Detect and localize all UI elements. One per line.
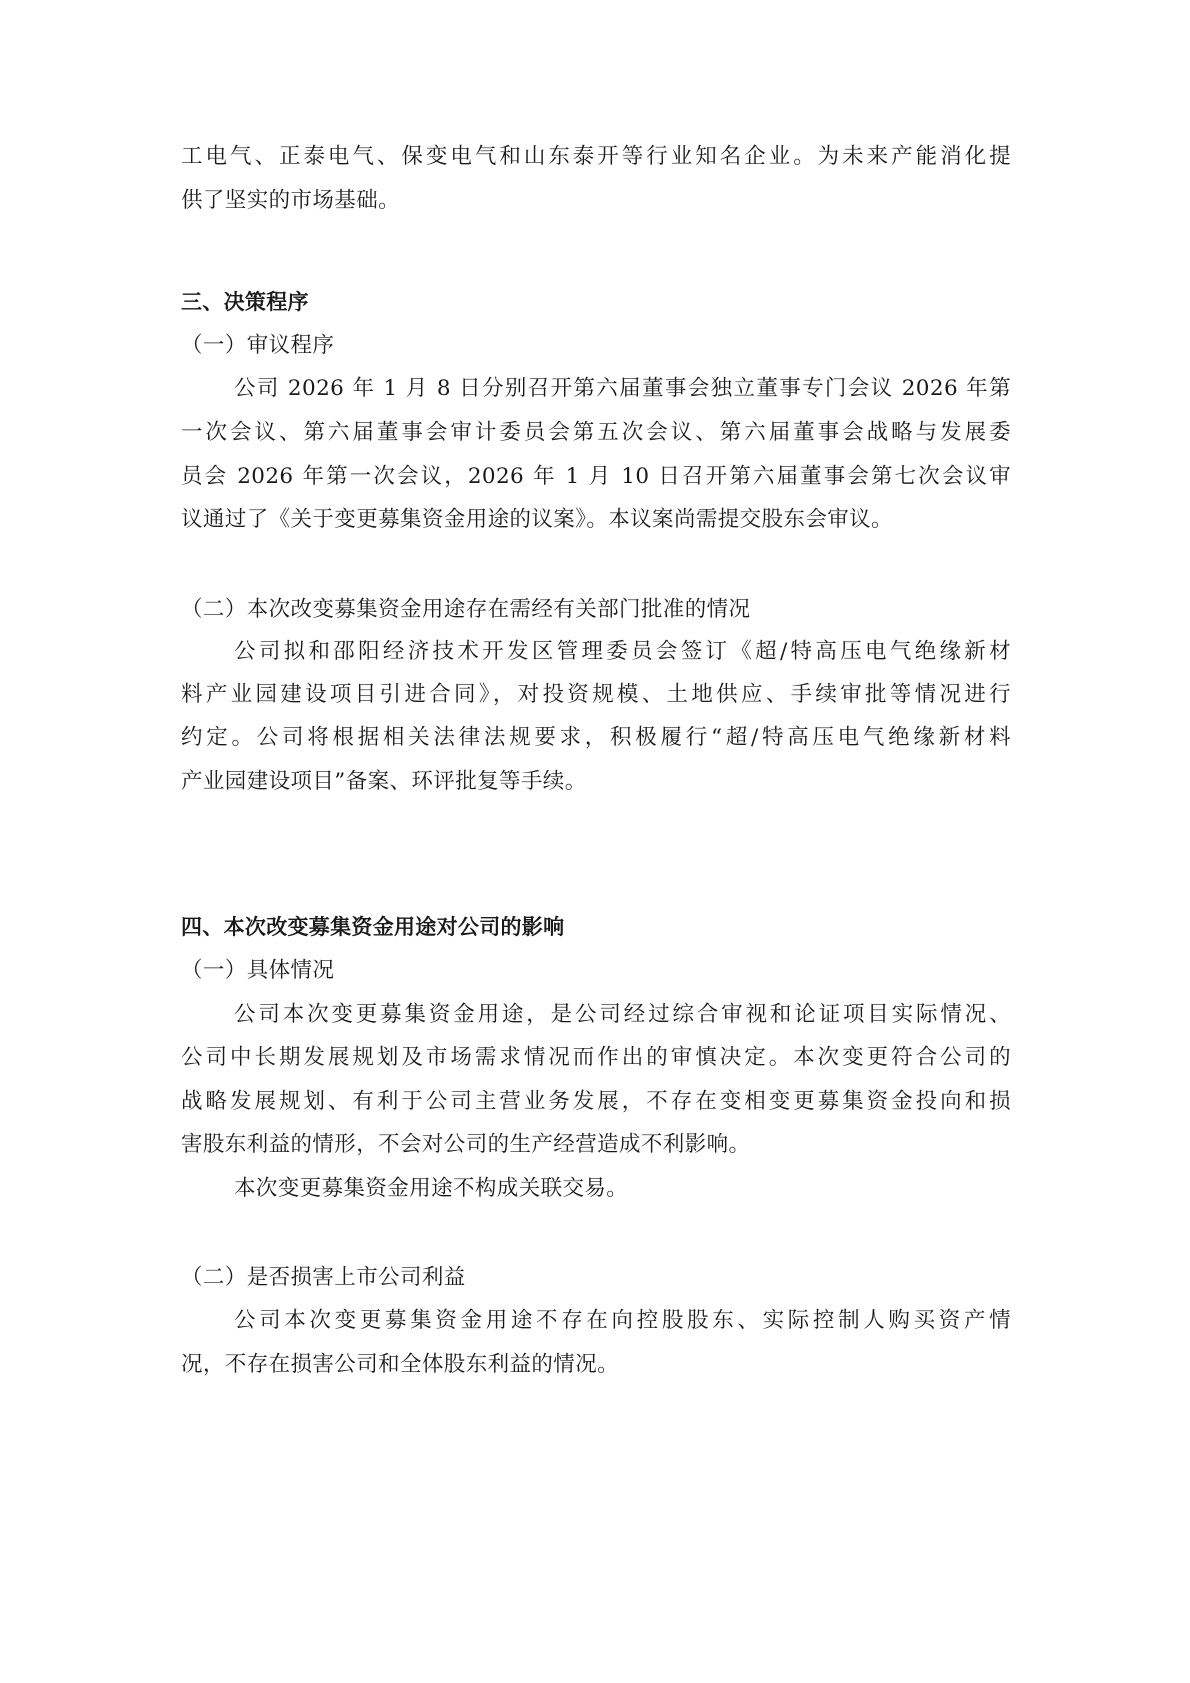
section-3-sub2-line-2: 料产业园建设项目引进合同》，对投资规模、土地供应、手续审批等情况进行 <box>181 680 1011 710</box>
section-3-sub2-line-3: 约定。公司将根据相关法律法规要求，积极履行“超/特高压电气绝缘新材料 <box>181 723 1011 753</box>
section-3-sub2-heading: （二）本次改变募集资金用途存在需经有关部门批准的情况 <box>181 595 1011 625</box>
section-3-sub2-line-1: 公司拟和邵阳经济技术开发区管理委员会签订《超/特高压电气绝缘新材 <box>234 637 1011 667</box>
section-4-sub1-p1-line-2: 公司中长期发展规划及市场需求情况而作出的审慎决定。本次变更符合公司的 <box>181 1043 1011 1073</box>
section-4-sub1-p1-line-3: 战略发展规划、有利于公司主营业务发展，不存在变相变更募集资金投向和损 <box>181 1087 1011 1117</box>
intro-line-1: 工电气、正泰电气、保变电气和山东泰开等行业知名企业。为未来产能消化提 <box>181 142 1011 172</box>
section-3-sub1-line-1: 公司 2026 年 1 月 8 日分别召开第六届董事会独立董事专门会议 2026… <box>234 374 1011 404</box>
section-4-sub2-line-2: 况，不存在损害公司和全体股东利益的情况。 <box>181 1350 1011 1380</box>
section-3-heading: 三、决策程序 <box>181 287 1011 317</box>
section-3-sub2-line-4: 产业园建设项目”备案、环评批复等手续。 <box>181 767 1011 797</box>
section-4-sub2-line-1: 公司本次变更募集资金用途不存在向控股股东、实际控制人购买资产情 <box>234 1306 1011 1336</box>
document-page: 工电气、正泰电气、保变电气和山东泰开等行业知名企业。为未来产能消化提 供了坚实的… <box>0 0 1190 1683</box>
section-3-sub1-line-2: 一次会议、第六届董事会审计委员会第五次会议、第六届董事会战略与发展委 <box>181 418 1011 448</box>
section-3-sub1-heading: （一）审议程序 <box>181 331 1011 361</box>
section-3-sub1-line-4: 议通过了《关于变更募集资金用途的议案》。本议案尚需提交股东会审议。 <box>181 505 1011 535</box>
section-4-sub1-heading: （一）具体情况 <box>181 956 1011 986</box>
section-4-sub1-p1-line-1: 公司本次变更募集资金用途，是公司经过综合审视和论证项目实际情况、 <box>234 1000 1011 1030</box>
section-4-sub2-heading: （二）是否损害上市公司利益 <box>181 1263 1011 1293</box>
section-4-heading: 四、本次改变募集资金用途对公司的影响 <box>181 912 1011 942</box>
intro-line-2: 供了坚实的市场基础。 <box>181 186 1011 216</box>
section-4-sub1-p2: 本次变更募集资金用途不构成关联交易。 <box>234 1174 1064 1204</box>
section-4-sub1-p1-line-4: 害股东利益的情形，不会对公司的生产经营造成不利影响。 <box>181 1130 1011 1160</box>
section-3-sub1-line-3: 员会 2026 年第一次会议，2026 年 1 月 10 日召开第六届董事会第七… <box>181 462 1011 492</box>
